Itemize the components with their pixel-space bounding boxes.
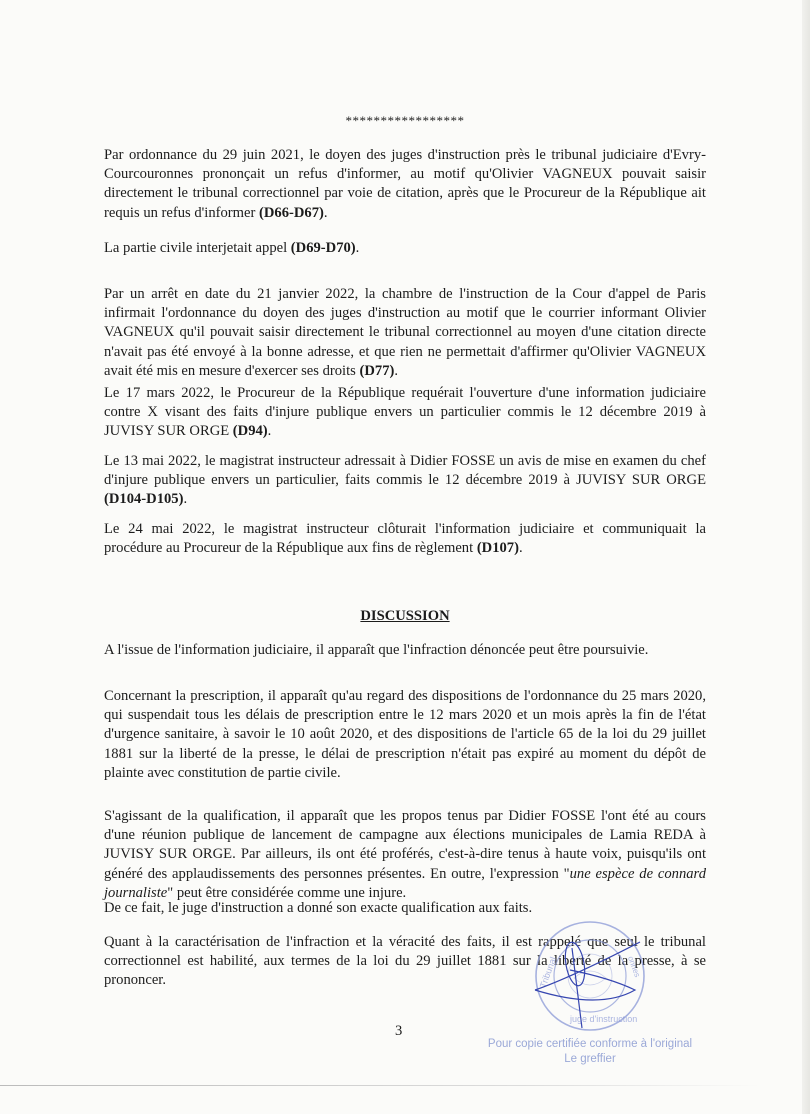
reference-d107: (D107): [477, 540, 519, 556]
reference-d66-d67: (D66-D67): [259, 205, 324, 221]
reference-d69-d70: (D69-D70): [291, 240, 356, 256]
certification-line: Pour copie certifiée conforme à l'origin…: [480, 1037, 700, 1052]
paragraph-cloture: Le 24 mai 2022, le magistrat instructeur…: [104, 520, 706, 558]
paragraph-prescription: Concernant la prescription, il apparaît …: [104, 687, 706, 783]
reference-d94: (D94): [233, 423, 268, 439]
svg-text:onnes: onnes: [626, 955, 642, 979]
paragraph-mise-en-examen: Le 13 mai 2022, le magistrat instructeur…: [104, 452, 706, 510]
court-stamp-icon: Tribunal juge d'instruction onnes: [530, 918, 650, 1038]
reference-d104-d105: (D104-D105): [104, 491, 183, 507]
document-page: ***************** Par ordonnance du 29 j…: [0, 0, 810, 1114]
reference-d77: (D77): [360, 363, 395, 379]
clerk-label: Le greffier: [480, 1052, 700, 1067]
paragraph-issue: A l'issue de l'information judiciaire, i…: [104, 641, 706, 660]
separator-stars: *****************: [0, 113, 810, 129]
svg-text:juge d'instruction: juge d'instruction: [569, 1014, 637, 1024]
bottom-divider: [0, 1085, 760, 1086]
paragraph-exacte-qualification: De ce fait, le juge d'instruction a donn…: [104, 899, 706, 918]
scan-edge: [802, 0, 810, 1114]
paragraph-ordonnance: Par ordonnance du 29 juin 2021, le doyen…: [104, 146, 706, 223]
page-number: 3: [395, 1023, 402, 1040]
paragraph-appel: La partie civile interjetait appel (D69-…: [104, 239, 706, 258]
paragraph-qualification: S'agissant de la qualification, il appar…: [104, 807, 706, 903]
certification-note: Pour copie certifiée conforme à l'origin…: [480, 1037, 700, 1067]
section-heading-discussion: DISCUSSION: [0, 608, 810, 625]
paragraph-requisitoire: Le 17 mars 2022, le Procureur de la Répu…: [104, 384, 706, 442]
paragraph-arret: Par un arrêt en date du 21 janvier 2022,…: [104, 285, 706, 381]
